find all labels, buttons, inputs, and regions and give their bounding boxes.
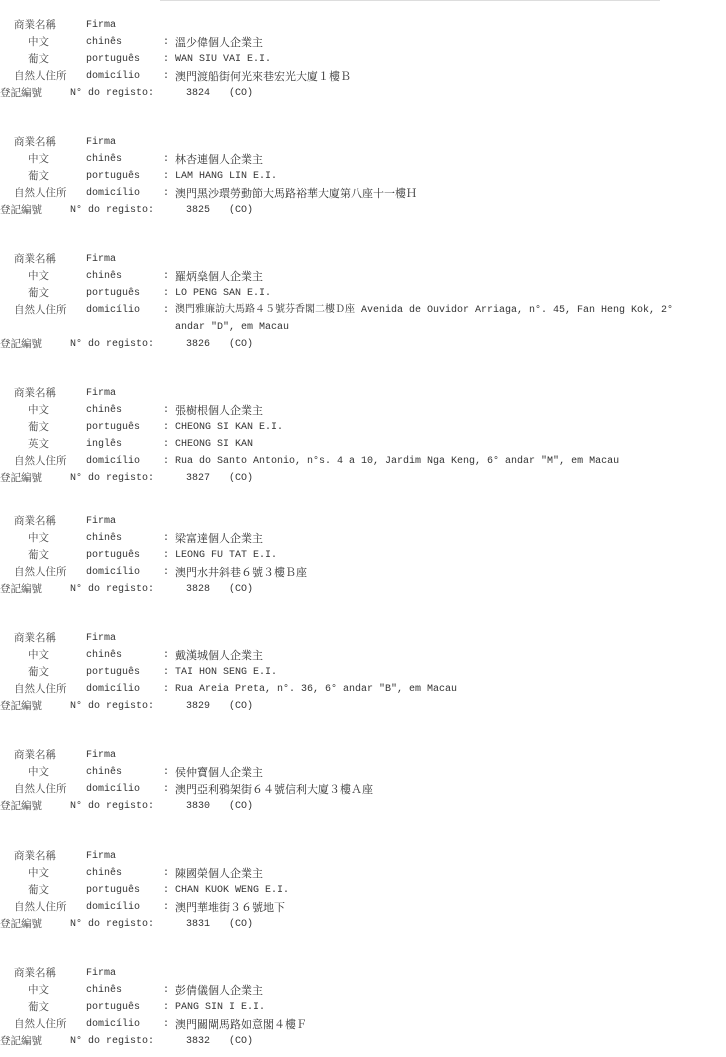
domicilio-row: 自然人住所 domicílio : 澳門華堆街３６號地下 <box>0 899 726 916</box>
chines-label-zh: 中文 <box>28 151 49 168</box>
chines-row: 中文 chinês : 林杏連個人企業主 <box>0 151 726 168</box>
registo-row: 登記編號 N° do registo: 3824 (CO) <box>0 85 726 102</box>
chines-label-zh: 中文 <box>28 865 49 882</box>
chines-row: 中文 chinês : 溫少偉個人企業主 <box>0 34 726 51</box>
portugues-label-zh: 葡文 <box>28 168 49 185</box>
colon: : <box>163 34 169 51</box>
portugues-label-pt: português <box>86 285 140 302</box>
portugues-label-zh: 葡文 <box>28 419 49 436</box>
domicilio-row: 自然人住所 domicílio : 澳門水井斜巷６號３樓Ｂ座 <box>0 564 726 581</box>
domicilio-label-pt: domicílio <box>86 564 140 581</box>
registo-type: (CO) <box>229 336 253 353</box>
portugues-label-zh: 葡文 <box>28 999 49 1016</box>
colon: : <box>163 882 169 899</box>
colon: : <box>163 285 169 302</box>
registo-label-zh: 登記編號 <box>0 798 42 815</box>
colon: : <box>163 268 169 285</box>
firma-header-row: 商業名稱 Firma <box>0 965 726 982</box>
registo-number: 3830 <box>186 798 210 815</box>
portugues-row: 葡文 português : CHEONG SI KAN E.I. <box>0 419 726 436</box>
chines-label-zh: 中文 <box>28 647 49 664</box>
registry-entry: 商業名稱 Firma 中文 chinês : 溫少偉個人企業主 葡文 portu… <box>0 17 726 102</box>
firma-label-zh: 商業名稱 <box>14 630 56 647</box>
domicilio-row: 自然人住所 domicílio : Rua Areia Preta, n°. 3… <box>0 681 726 698</box>
registo-label-pt: N° do registo: <box>70 581 154 598</box>
colon: : <box>163 547 169 564</box>
registo-row: 登記編號 N° do registo: 3828 (CO) <box>0 581 726 598</box>
registo-row: 登記編號 N° do registo: 3826 (CO) <box>0 336 726 353</box>
firma-header-row: 商業名稱 Firma <box>0 17 726 34</box>
chines-row: 中文 chinês : 羅炳燊個人企業主 <box>0 268 726 285</box>
portugues-row: 葡文 português : LAM HANG LIN E.I. <box>0 168 726 185</box>
domicilio-value: 澳門亞利鴉架街６４號信利大廈３樓Ａ座 <box>175 781 373 798</box>
registo-number: 3831 <box>186 916 210 933</box>
chines-label-zh: 中文 <box>28 764 49 781</box>
domicilio-label-pt: domicílio <box>86 453 140 470</box>
chines-value: 陳國榮個人企業主 <box>175 865 263 882</box>
registo-label-zh: 登記編號 <box>0 1033 42 1050</box>
firma-header-row: 商業名稱 Firma <box>0 251 726 268</box>
registo-row: 登記編號 N° do registo: 3832 (CO) <box>0 1033 726 1050</box>
registo-row: 登記編號 N° do registo: 3830 (CO) <box>0 798 726 815</box>
domicilio-value: 澳門華堆街３６號地下 <box>175 899 285 916</box>
firma-header-row: 商業名稱 Firma <box>0 747 726 764</box>
domicilio-value: 澳門水井斜巷６號３樓Ｂ座 <box>175 564 307 581</box>
registo-number: 3829 <box>186 698 210 715</box>
portugues-label-pt: português <box>86 51 140 68</box>
registo-type: (CO) <box>229 470 253 487</box>
registo-label-pt: N° do registo: <box>70 202 154 219</box>
colon: : <box>163 419 169 436</box>
registo-label-pt: N° do registo: <box>70 85 154 102</box>
registo-type: (CO) <box>229 798 253 815</box>
chines-value: 張樹根個人企業主 <box>175 402 263 419</box>
colon: : <box>163 999 169 1016</box>
domicilio-label-pt: domicílio <box>86 1016 140 1033</box>
domicilio-label-pt: domicílio <box>86 899 140 916</box>
chines-row: 中文 chinês : 梁富達個人企業主 <box>0 530 726 547</box>
portugues-row: 葡文 português : TAI HON SENG E.I. <box>0 664 726 681</box>
portugues-value: LAM HANG LIN E.I. <box>175 168 277 185</box>
domicilio-value: 澳門關閘馬路如意閣４樓Ｆ <box>175 1016 307 1033</box>
firma-label-zh: 商業名稱 <box>14 385 56 402</box>
portugues-value: LEONG FU TAT E.I. <box>175 547 277 564</box>
registo-row: 登記編號 N° do registo: 3825 (CO) <box>0 202 726 219</box>
chines-row: 中文 chinês : 戴漢城個人企業主 <box>0 647 726 664</box>
domicilio-row: 自然人住所 domicílio : 澳門雅廉訪大馬路４５號芬香閣二樓Ｄ座 Ave… <box>0 302 726 336</box>
registry-entry: 商業名稱 Firma 中文 chinês : 戴漢城個人企業主 葡文 portu… <box>0 630 726 715</box>
colon: : <box>163 302 169 319</box>
chines-value: 溫少偉個人企業主 <box>175 34 263 51</box>
portugues-row: 葡文 português : CHAN KUOK WENG E.I. <box>0 882 726 899</box>
ingles-value: CHEONG SI KAN <box>175 436 253 453</box>
registo-label-zh: 登記編號 <box>0 581 42 598</box>
registo-row: 登記編號 N° do registo: 3829 (CO) <box>0 698 726 715</box>
colon: : <box>163 564 169 581</box>
firma-label-pt: Firma <box>86 134 116 151</box>
portugues-row: 葡文 português : PANG SIN I E.I. <box>0 999 726 1016</box>
colon: : <box>163 51 169 68</box>
registo-label-pt: N° do registo: <box>70 916 154 933</box>
registo-label-pt: N° do registo: <box>70 1033 154 1050</box>
firma-header-row: 商業名稱 Firma <box>0 513 726 530</box>
portugues-row: 葡文 português : LEONG FU TAT E.I. <box>0 547 726 564</box>
registo-number: 3826 <box>186 336 210 353</box>
chines-value: 羅炳燊個人企業主 <box>175 268 263 285</box>
colon: : <box>163 865 169 882</box>
colon: : <box>163 681 169 698</box>
domicilio-label-zh: 自然人住所 <box>14 681 67 698</box>
firma-label-pt: Firma <box>86 965 116 982</box>
registo-type: (CO) <box>229 698 253 715</box>
portugues-value: PANG SIN I E.I. <box>175 999 265 1016</box>
colon: : <box>163 781 169 798</box>
registo-number: 3824 <box>186 85 210 102</box>
colon: : <box>163 168 169 185</box>
firma-label-zh: 商業名稱 <box>14 747 56 764</box>
registry-entry: 商業名稱 Firma 中文 chinês : 梁富達個人企業主 葡文 portu… <box>0 513 726 598</box>
portugues-label-zh: 葡文 <box>28 547 49 564</box>
chines-label-pt: chinês <box>86 402 122 419</box>
domicilio-label-zh: 自然人住所 <box>14 564 67 581</box>
colon: : <box>163 530 169 547</box>
chines-label-zh: 中文 <box>28 34 49 51</box>
colon: : <box>163 1016 169 1033</box>
registo-type: (CO) <box>229 85 253 102</box>
registry-entry: 商業名稱 Firma 中文 chinês : 張樹根個人企業主 葡文 portu… <box>0 385 726 487</box>
portugues-value: WAN SIU VAI E.I. <box>175 51 271 68</box>
domicilio-value: Rua do Santo Antonio, n°s. 4 a 10, Jardi… <box>175 453 619 470</box>
portugues-value: CHEONG SI KAN E.I. <box>175 419 283 436</box>
firma-header-row: 商業名稱 Firma <box>0 134 726 151</box>
domicilio-value: Rua Areia Preta, n°. 36, 6° andar "B", e… <box>175 681 457 698</box>
colon: : <box>163 185 169 202</box>
domicilio-label-zh: 自然人住所 <box>14 68 67 85</box>
firma-label-pt: Firma <box>86 630 116 647</box>
firma-label-zh: 商業名稱 <box>14 251 56 268</box>
chines-label-pt: chinês <box>86 982 122 999</box>
colon: : <box>163 647 169 664</box>
chines-value: 彭倩儀個人企業主 <box>175 982 263 999</box>
domicilio-row: 自然人住所 domicílio : 澳門亞利鴉架街６４號信利大廈３樓Ａ座 <box>0 781 726 798</box>
firma-label-zh: 商業名稱 <box>14 134 56 151</box>
colon: : <box>163 68 169 85</box>
registo-number: 3828 <box>186 581 210 598</box>
domicilio-label-zh: 自然人住所 <box>14 781 67 798</box>
colon: : <box>163 764 169 781</box>
registo-row: 登記編號 N° do registo: 3827 (CO) <box>0 470 726 487</box>
chines-row: 中文 chinês : 陳國榮個人企業主 <box>0 865 726 882</box>
portugues-value: CHAN KUOK WENG E.I. <box>175 882 289 899</box>
domicilio-label-pt: domicílio <box>86 681 140 698</box>
registo-label-pt: N° do registo: <box>70 798 154 815</box>
domicilio-label-zh: 自然人住所 <box>14 899 67 916</box>
domicilio-label-pt: domicílio <box>86 781 140 798</box>
portugues-label-pt: português <box>86 999 140 1016</box>
chines-value: 侯仲寶個人企業主 <box>175 764 263 781</box>
firma-header-row: 商業名稱 Firma <box>0 848 726 865</box>
chines-label-zh: 中文 <box>28 268 49 285</box>
portugues-value: TAI HON SENG E.I. <box>175 664 277 681</box>
firma-label-pt: Firma <box>86 848 116 865</box>
domicilio-label-pt: domicílio <box>86 302 140 319</box>
portugues-value: LO PENG SAN E.I. <box>175 285 271 302</box>
portugues-label-pt: português <box>86 882 140 899</box>
registo-label-zh: 登記編號 <box>0 698 42 715</box>
chines-label-zh: 中文 <box>28 530 49 547</box>
registo-label-zh: 登記編號 <box>0 202 42 219</box>
firma-label-pt: Firma <box>86 385 116 402</box>
colon: : <box>163 402 169 419</box>
registry-entry: 商業名稱 Firma 中文 chinês : 羅炳燊個人企業主 葡文 portu… <box>0 251 726 353</box>
firma-label-pt: Firma <box>86 513 116 530</box>
firma-label-pt: Firma <box>86 251 116 268</box>
registo-label-pt: N° do registo: <box>70 336 154 353</box>
domicilio-value: 澳門黑沙環勞動節大馬路裕華大廈第八座十一樓Ｈ <box>175 185 417 202</box>
registo-number: 3832 <box>186 1033 210 1050</box>
domicilio-label-zh: 自然人住所 <box>14 302 67 319</box>
registo-type: (CO) <box>229 916 253 933</box>
chines-label-pt: chinês <box>86 865 122 882</box>
colon: : <box>163 453 169 470</box>
registry-entry: 商業名稱 Firma 中文 chinês : 林杏連個人企業主 葡文 portu… <box>0 134 726 219</box>
domicilio-label-zh: 自然人住所 <box>14 453 67 470</box>
portugues-label-pt: português <box>86 419 140 436</box>
registo-label-zh: 登記編號 <box>0 336 42 353</box>
colon: : <box>163 151 169 168</box>
portugues-row: 葡文 português : WAN SIU VAI E.I. <box>0 51 726 68</box>
firma-header-row: 商業名稱 Firma <box>0 630 726 647</box>
chines-label-pt: chinês <box>86 647 122 664</box>
chines-label-zh: 中文 <box>28 982 49 999</box>
registo-label-pt: N° do registo: <box>70 698 154 715</box>
domicilio-label-zh: 自然人住所 <box>14 185 67 202</box>
domicilio-row: 自然人住所 domicílio : 澳門關閘馬路如意閣４樓Ｆ <box>0 1016 726 1033</box>
portugues-label-pt: português <box>86 664 140 681</box>
chines-row: 中文 chinês : 彭倩儀個人企業主 <box>0 982 726 999</box>
chines-value: 林杏連個人企業主 <box>175 151 263 168</box>
chines-label-pt: chinês <box>86 34 122 51</box>
chines-label-pt: chinês <box>86 151 122 168</box>
chines-label-zh: 中文 <box>28 402 49 419</box>
domicilio-label-pt: domicílio <box>86 68 140 85</box>
scan-top-edge <box>160 0 660 1</box>
domicilio-row: 自然人住所 domicílio : 澳門渡船街何光來巷宏光大廈１樓Ｂ <box>0 68 726 85</box>
firma-label-pt: Firma <box>86 17 116 34</box>
chines-label-pt: chinês <box>86 764 122 781</box>
registry-entry: 商業名稱 Firma 中文 chinês : 陳國榮個人企業主 葡文 portu… <box>0 848 726 933</box>
firma-label-pt: Firma <box>86 747 116 764</box>
domicilio-value: 澳門雅廉訪大馬路４５號芬香閣二樓Ｄ座 Avenida de Ouvidor Ar… <box>175 302 705 336</box>
domicilio-label-zh: 自然人住所 <box>14 1016 67 1033</box>
portugues-label-pt: português <box>86 168 140 185</box>
registo-label-zh: 登記編號 <box>0 85 42 102</box>
registo-type: (CO) <box>229 202 253 219</box>
domicilio-value: 澳門渡船街何光來巷宏光大廈１樓Ｂ <box>175 68 351 85</box>
domicilio-row: 自然人住所 domicílio : 澳門黑沙環勞動節大馬路裕華大廈第八座十一樓Ｈ <box>0 185 726 202</box>
portugues-label-zh: 葡文 <box>28 664 49 681</box>
colon: : <box>163 436 169 453</box>
registo-label-zh: 登記編號 <box>0 470 42 487</box>
portugues-label-zh: 葡文 <box>28 51 49 68</box>
domicilio-row: 自然人住所 domicílio : Rua do Santo Antonio, … <box>0 453 726 470</box>
firma-label-zh: 商業名稱 <box>14 17 56 34</box>
firma-label-zh: 商業名稱 <box>14 513 56 530</box>
registry-entry: 商業名稱 Firma 中文 chinês : 侯仲寶個人企業主 自然人住所 do… <box>0 747 726 815</box>
chines-value: 戴漢城個人企業主 <box>175 647 263 664</box>
registo-number: 3827 <box>186 470 210 487</box>
registo-label-pt: N° do registo: <box>70 470 154 487</box>
chines-row: 中文 chinês : 張樹根個人企業主 <box>0 402 726 419</box>
registo-row: 登記編號 N° do registo: 3831 (CO) <box>0 916 726 933</box>
portugues-row: 葡文 português : LO PENG SAN E.I. <box>0 285 726 302</box>
ingles-row: 英文 inglês : CHEONG SI KAN <box>0 436 726 453</box>
portugues-label-zh: 葡文 <box>28 285 49 302</box>
portugues-label-pt: português <box>86 547 140 564</box>
firma-label-zh: 商業名稱 <box>14 965 56 982</box>
ingles-label-pt: inglês <box>86 436 122 453</box>
registo-type: (CO) <box>229 581 253 598</box>
chines-label-pt: chinês <box>86 530 122 547</box>
registry-entry: 商業名稱 Firma 中文 chinês : 彭倩儀個人企業主 葡文 portu… <box>0 965 726 1050</box>
registo-type: (CO) <box>229 1033 253 1050</box>
colon: : <box>163 982 169 999</box>
colon: : <box>163 664 169 681</box>
registo-label-zh: 登記編號 <box>0 916 42 933</box>
firma-label-zh: 商業名稱 <box>14 848 56 865</box>
chines-label-pt: chinês <box>86 268 122 285</box>
chines-row: 中文 chinês : 侯仲寶個人企業主 <box>0 764 726 781</box>
portugues-label-zh: 葡文 <box>28 882 49 899</box>
colon: : <box>163 899 169 916</box>
registo-number: 3825 <box>186 202 210 219</box>
ingles-label-zh: 英文 <box>28 436 49 453</box>
chines-value: 梁富達個人企業主 <box>175 530 263 547</box>
firma-header-row: 商業名稱 Firma <box>0 385 726 402</box>
domicilio-label-pt: domicílio <box>86 185 140 202</box>
